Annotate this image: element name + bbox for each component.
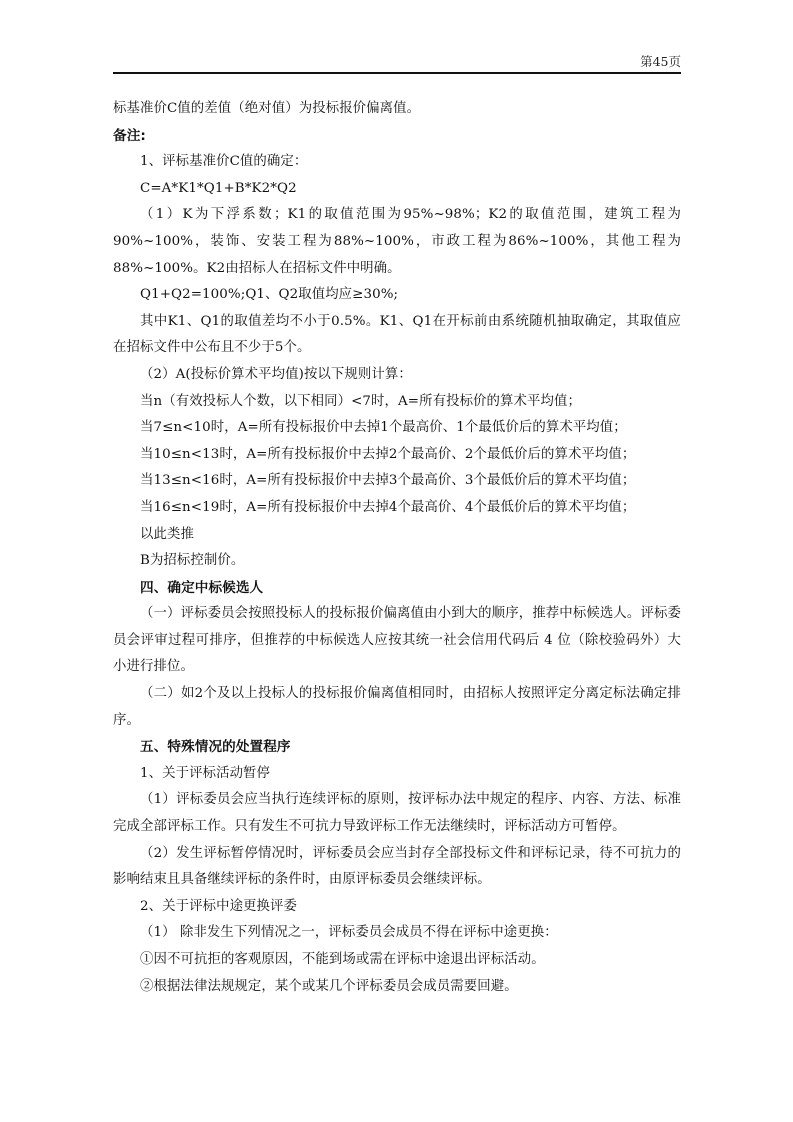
q-rule: Q1+Q2=100%;Q1、Q2取值均应≥30%;	[113, 282, 681, 309]
a-rule-1: 当n（有效投标人个数，以下相同）<7时，A=所有投标价的算术平均值；	[113, 389, 681, 416]
a-rule-3: 当10≤n<13时，A=所有投标报价中去掉2个最高价、2个最低价后的算术平均值；	[113, 442, 681, 469]
item1-title: 1、评标基准价C值的确定：	[113, 149, 681, 176]
s5-item2-paragraph-1: （1） 除非发生下列情况之一，评标委员会成员不得在评标中途更换：	[113, 920, 681, 947]
section4-paragraph-1: （一）评标委员会按照投标人的投标报价偏离值由小到大的顺序，推荐中标候选人。评标委…	[113, 601, 681, 681]
a-rule-2: 当7≤n<10时，A=所有投标报价中去掉1个最高价、1个最低价后的算术平均值；	[113, 415, 681, 442]
b-definition: B为招标控制价。	[113, 548, 681, 575]
s5-item2-case-2: ②根据法律法规规定，某个或某几个评标委员会成员需要回避。	[113, 974, 681, 1001]
section5-heading: 五、特殊情况的处置程序	[113, 734, 681, 761]
k-rule-paragraph: 其中K1、Q1的取值差均不小于0.5%。K1、Q1在开标前由系统随机抽取确定，其…	[113, 309, 681, 362]
section4-heading: 四、确定中标候选人	[113, 575, 681, 602]
item1-sub2: （2）A(投标价算术平均值)按以下规则计算：	[113, 362, 681, 389]
s5-item2-case-1: ①因不可抗拒的客观原因，不能到场或需在评标中途退出评标活动。	[113, 947, 681, 974]
a-rule-5: 当16≤n<19时，A=所有投标报价中去掉4个最高价、4个最低价后的算术平均值；	[113, 495, 681, 522]
section4-paragraph-2: （二）如2个及以上投标人的投标报价偏离值相同时，由招标人按照评定分离定标法确定排…	[113, 681, 681, 734]
s5-item2-title: 2、关于评标中途更换评委	[113, 894, 681, 921]
s5-item1-paragraph-2: （2）发生评标暂停情况时，评标委员会应当封存全部投标文件和评标记录，待不可抗力的…	[113, 841, 681, 894]
page-header: 第45页	[113, 54, 681, 74]
document-body: 标基准价C值的差值（绝对值）为投标报价偏离值。 备注: 1、评标基准价C值的确定…	[113, 96, 681, 1000]
header-divider	[113, 72, 681, 74]
item1-sub1-paragraph: （1）K为下浮系数；K1的取值范围为95%~98%；K2的取值范围，建筑工程为9…	[113, 202, 681, 282]
s5-item1-paragraph-1: （1）评标委员会应当执行连续评标的原则，按评标办法中规定的程序、内容、方法、标准…	[113, 787, 681, 840]
a-rule-4: 当13≤n<16时，A=所有投标报价中去掉3个最高价、3个最低价后的算术平均值；	[113, 468, 681, 495]
s5-item1-title: 1、关于评标活动暂停	[113, 761, 681, 788]
page-number: 第45页	[640, 54, 681, 70]
a-rule-etc: 以此类推	[113, 522, 681, 549]
remark-heading: 备注:	[113, 123, 681, 150]
formula: C=A*K1*Q1+B*K2*Q2	[113, 176, 681, 203]
continuation-line: 标基准价C值的差值（绝对值）为投标报价偏离值。	[113, 96, 681, 123]
